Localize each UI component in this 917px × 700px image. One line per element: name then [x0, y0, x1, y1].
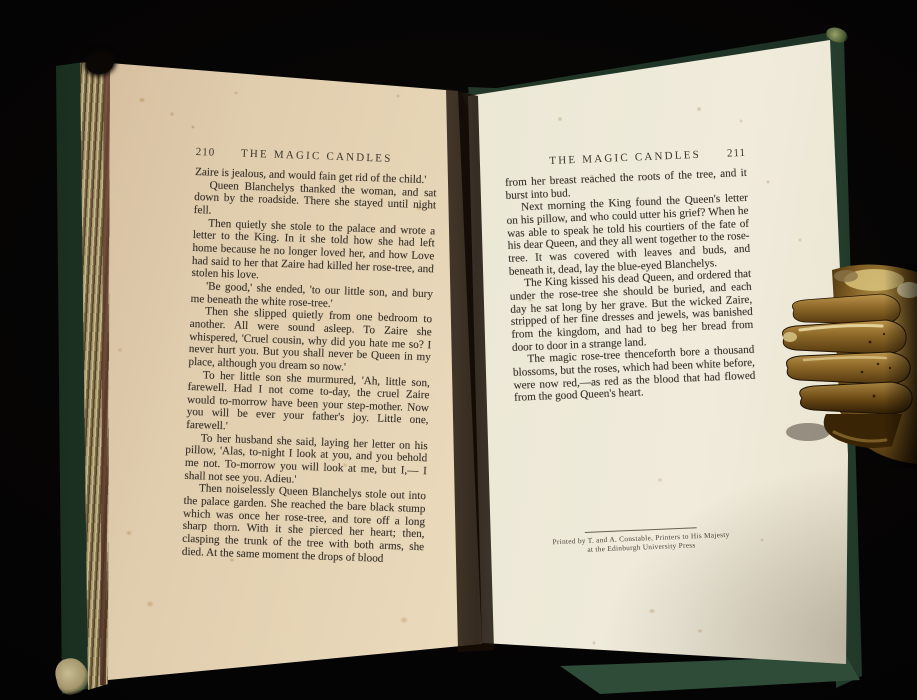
right-page-text: THE MAGIC CANDLES 211 from her breast re… [504, 147, 763, 577]
printer-colophon: Printed by T. and A. Constable, Printers… [548, 526, 735, 556]
brass-hand-page-holder [774, 264, 917, 468]
paragraph: Then she slipped quietly from one bedroo… [188, 305, 432, 377]
page-number-left: 210 [196, 146, 238, 159]
paragraph: The King kissed his dead Queen, and orde… [509, 268, 754, 354]
left-page-text: 210 THE MAGIC CANDLES Zaire is jealous, … [182, 146, 438, 567]
vintage-book-photograph: 210 THE MAGIC CANDLES Zaire is jealous, … [0, 0, 917, 700]
paragraph: To her little son she murmured, 'Ah, lit… [186, 368, 430, 440]
paragraph: Next morning the King found the Queen's … [506, 192, 751, 278]
paragraph: Then noiselessly Queen Blanchelys stole … [182, 482, 427, 566]
paragraph: To her husband she said, laying her lett… [184, 432, 428, 491]
paragraph: Then quietly she stole to the palace and… [191, 217, 435, 289]
header-spacer [504, 164, 546, 166]
paragraph: The magic rose-tree thenceforth bore a t… [512, 344, 756, 405]
page-number-right: 211 [704, 147, 746, 161]
header-spacer [396, 162, 438, 163]
